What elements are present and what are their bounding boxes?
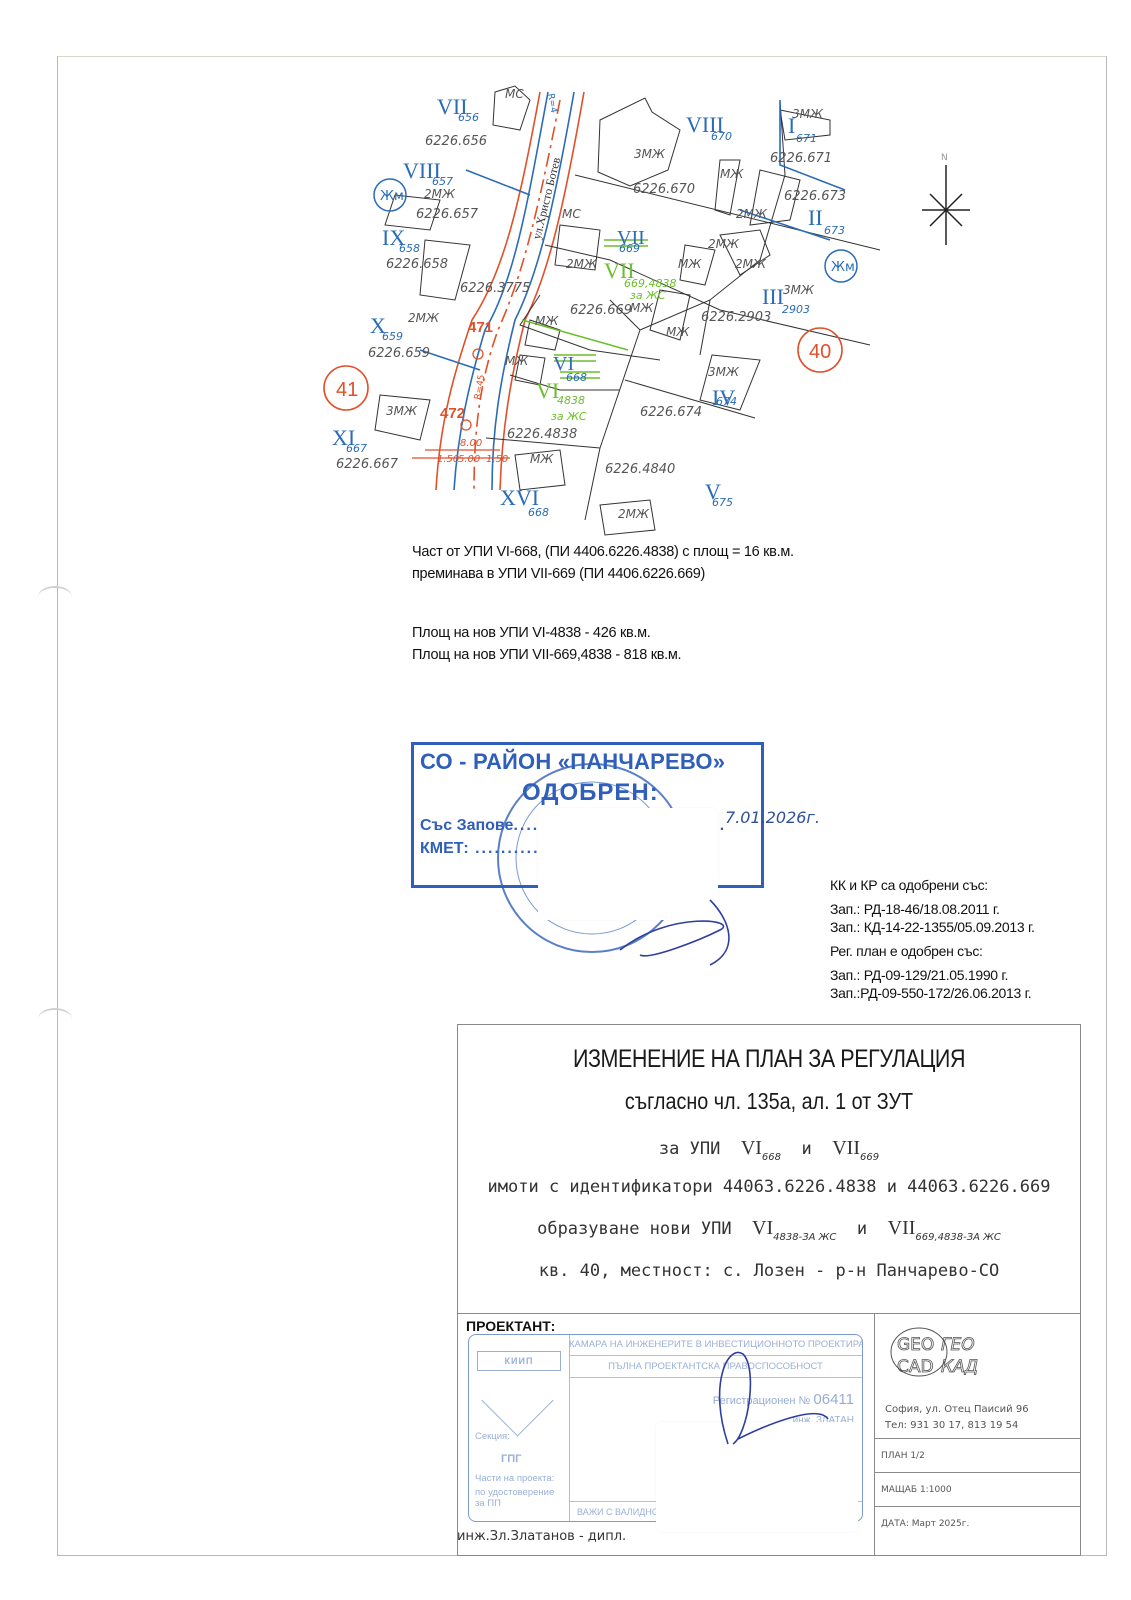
- designer-label: ПРОЕКТАНТ:: [466, 1318, 555, 1334]
- svg-text:673: 673: [824, 224, 845, 237]
- svg-text:657: 657: [432, 175, 453, 188]
- note-line: Част от УПИ VI-668, (ПИ 4406.6226.4838) …: [412, 541, 794, 563]
- svg-text:VII: VII: [617, 227, 645, 249]
- svg-text:6226.2903: 6226.2903: [701, 310, 771, 325]
- svg-text:МЖ: МЖ: [666, 325, 690, 339]
- punch-hole-mark: [38, 586, 72, 608]
- svg-text:III: III: [762, 284, 784, 309]
- svg-text:R=45: R=45: [473, 374, 487, 401]
- svg-text:4838: 4838: [557, 394, 585, 407]
- cadastral-map: 6226.656 6226.657 6226.658 6226.659 6226…: [0, 0, 1131, 540]
- svg-text:675: 675: [712, 496, 733, 509]
- svg-text:Жм: Жм: [380, 189, 404, 204]
- svg-text:за ЖС: за ЖС: [630, 289, 666, 302]
- svg-text:6226.656: 6226.656: [425, 134, 487, 149]
- svg-text:VI: VI: [536, 378, 559, 403]
- svg-text:671: 671: [796, 132, 817, 145]
- svg-text:2МЖ: 2МЖ: [408, 311, 440, 325]
- svg-text:6226.673: 6226.673: [784, 189, 846, 204]
- svg-text:VI: VI: [553, 353, 574, 375]
- svg-text:2МЖ: 2МЖ: [708, 237, 740, 251]
- svg-text:668: 668: [528, 506, 549, 519]
- signature: [590, 880, 790, 970]
- svg-text:472: 472: [440, 405, 465, 422]
- plan-subtitle: съгласно чл. 135а, ал. 1 от ЗУТ: [502, 1088, 1037, 1115]
- svg-text:6226.3775: 6226.3775: [460, 281, 530, 296]
- svg-text:659: 659: [382, 330, 403, 343]
- svg-text:3МЖ: 3МЖ: [783, 283, 815, 297]
- svg-text:N: N: [941, 153, 948, 163]
- svg-text:за ЖС: за ЖС: [551, 410, 587, 423]
- svg-text:6226.669: 6226.669: [570, 303, 632, 318]
- new-upi-line: образуване нови УПИ VI4838-ЗА ЖС и VII66…: [458, 1217, 1080, 1243]
- svg-text:МС: МС: [505, 87, 524, 101]
- engineer-name: инж.Зл.Златанов - дипл.: [457, 1529, 626, 1544]
- svg-text:3МЖ: 3МЖ: [634, 147, 666, 161]
- svg-text:1.50: 1.50: [437, 454, 459, 465]
- svg-text:МЖ: МЖ: [720, 167, 744, 181]
- svg-text:670: 670: [711, 130, 732, 143]
- svg-text:41: 41: [336, 379, 358, 401]
- svg-text:3МЖ: 3МЖ: [708, 365, 740, 379]
- svg-text:3МЖ: 3МЖ: [386, 404, 418, 418]
- svg-text:1.50: 1.50: [486, 454, 508, 465]
- svg-text:471: 471: [468, 319, 493, 336]
- svg-text:GEO: GEO: [897, 1335, 934, 1355]
- location-line: кв. 40, местност: с. Лозен - р-н Панчаре…: [458, 1261, 1080, 1281]
- svg-text:I: I: [788, 113, 795, 138]
- svg-text:2МЖ: 2МЖ: [736, 207, 768, 221]
- svg-text:2903: 2903: [782, 303, 810, 316]
- handwritten-date: 7.01.2026г.: [725, 808, 820, 827]
- svg-text:658: 658: [399, 242, 420, 255]
- plan-number: ПЛАН 1/2: [875, 1438, 1081, 1472]
- diamond-shape: [481, 1364, 553, 1436]
- punch-hole-mark: [38, 1008, 72, 1030]
- svg-text:МЖ: МЖ: [530, 452, 554, 466]
- svg-text:674: 674: [716, 395, 737, 408]
- svg-text:ГЕО: ГЕО: [941, 1335, 975, 1355]
- note-areas: Площ на нов УПИ VI-4838 - 426 кв.м. Площ…: [412, 622, 681, 666]
- svg-text:6226.667: 6226.667: [336, 457, 399, 472]
- svg-text:6226.4840: 6226.4840: [605, 462, 675, 477]
- svg-text:6226.4838: 6226.4838: [507, 427, 577, 442]
- note-transfer: Част от УПИ VI-668, (ПИ 4406.6226.4838) …: [412, 541, 794, 585]
- svg-text:МЖ: МЖ: [678, 257, 702, 271]
- svg-text:6226.670: 6226.670: [633, 182, 695, 197]
- company-logo-icon: GEO ГЕО CAD КАД: [887, 1324, 1007, 1384]
- date: ДАТА: Март 2025г.: [875, 1506, 1081, 1556]
- svg-text:6226.657: 6226.657: [416, 207, 479, 222]
- scale: МАЩАБ 1:1000: [875, 1472, 1081, 1506]
- note-line: Площ на нов УПИ VI-4838 - 426 кв.м.: [412, 622, 681, 644]
- svg-text:8.00: 8.00: [460, 438, 482, 449]
- note-line: преминава в УПИ VII-669 (ПИ 4406.6226.66…: [412, 563, 794, 585]
- svg-text:2МЖ: 2МЖ: [424, 187, 456, 201]
- properties-line: имоти с идентификатори 44063.6226.4838 и…: [458, 1177, 1080, 1197]
- plan-title: ИЗМЕНЕНИЕ НА ПЛАН ЗА РЕГУЛАЦИЯ: [502, 1045, 1037, 1074]
- svg-text:МЖ: МЖ: [630, 301, 654, 315]
- company-address: София, ул. Отец Паисий 96 Тел: 931 30 17…: [885, 1402, 1029, 1434]
- svg-text:CAD: CAD: [897, 1357, 934, 1377]
- svg-text:6226.658: 6226.658: [386, 257, 448, 272]
- svg-text:МЖ: МЖ: [505, 354, 529, 368]
- svg-text:5.00: 5.00: [458, 454, 480, 465]
- svg-text:2МЖ: 2МЖ: [618, 507, 650, 521]
- svg-text:Жм: Жм: [831, 260, 855, 275]
- approval-references: КК и КР са одобрени със: Зап.: РД-18-46/…: [830, 876, 1035, 1002]
- svg-text:2МЖ: 2МЖ: [735, 257, 767, 271]
- svg-text:40: 40: [809, 341, 831, 363]
- svg-text:МЖ: МЖ: [535, 314, 559, 328]
- svg-text:КАД: КАД: [941, 1357, 978, 1377]
- note-line: Площ на нов УПИ VII-669,4838 - 818 кв.м.: [412, 644, 681, 666]
- svg-text:R=4: R=4: [545, 93, 558, 114]
- svg-text:6226.671: 6226.671: [770, 151, 832, 166]
- signature: [688, 1344, 868, 1454]
- title-block-lower: ПРОЕКТАНТ: КИИП Секция: ГПГ Части на про…: [458, 1313, 1080, 1556]
- company-panel: GEO ГЕО CAD КАД София, ул. Отец Паисий 9…: [874, 1314, 1081, 1556]
- title-block: ИЗМЕНЕНИЕ НА ПЛАН ЗА РЕГУЛАЦИЯ съгласно …: [457, 1024, 1081, 1556]
- svg-text:2МЖ: 2МЖ: [566, 257, 598, 271]
- svg-text:6226.674: 6226.674: [640, 405, 702, 420]
- svg-text:667: 667: [346, 442, 367, 455]
- svg-text:6226.659: 6226.659: [368, 346, 430, 361]
- svg-text:3МЖ: 3МЖ: [792, 107, 824, 121]
- north-arrow-icon: [922, 165, 970, 245]
- upi-line: за УПИ VI668 и VII669: [458, 1137, 1080, 1163]
- svg-text:МС: МС: [562, 207, 581, 221]
- svg-text:II: II: [808, 205, 823, 230]
- svg-text:656: 656: [458, 111, 479, 124]
